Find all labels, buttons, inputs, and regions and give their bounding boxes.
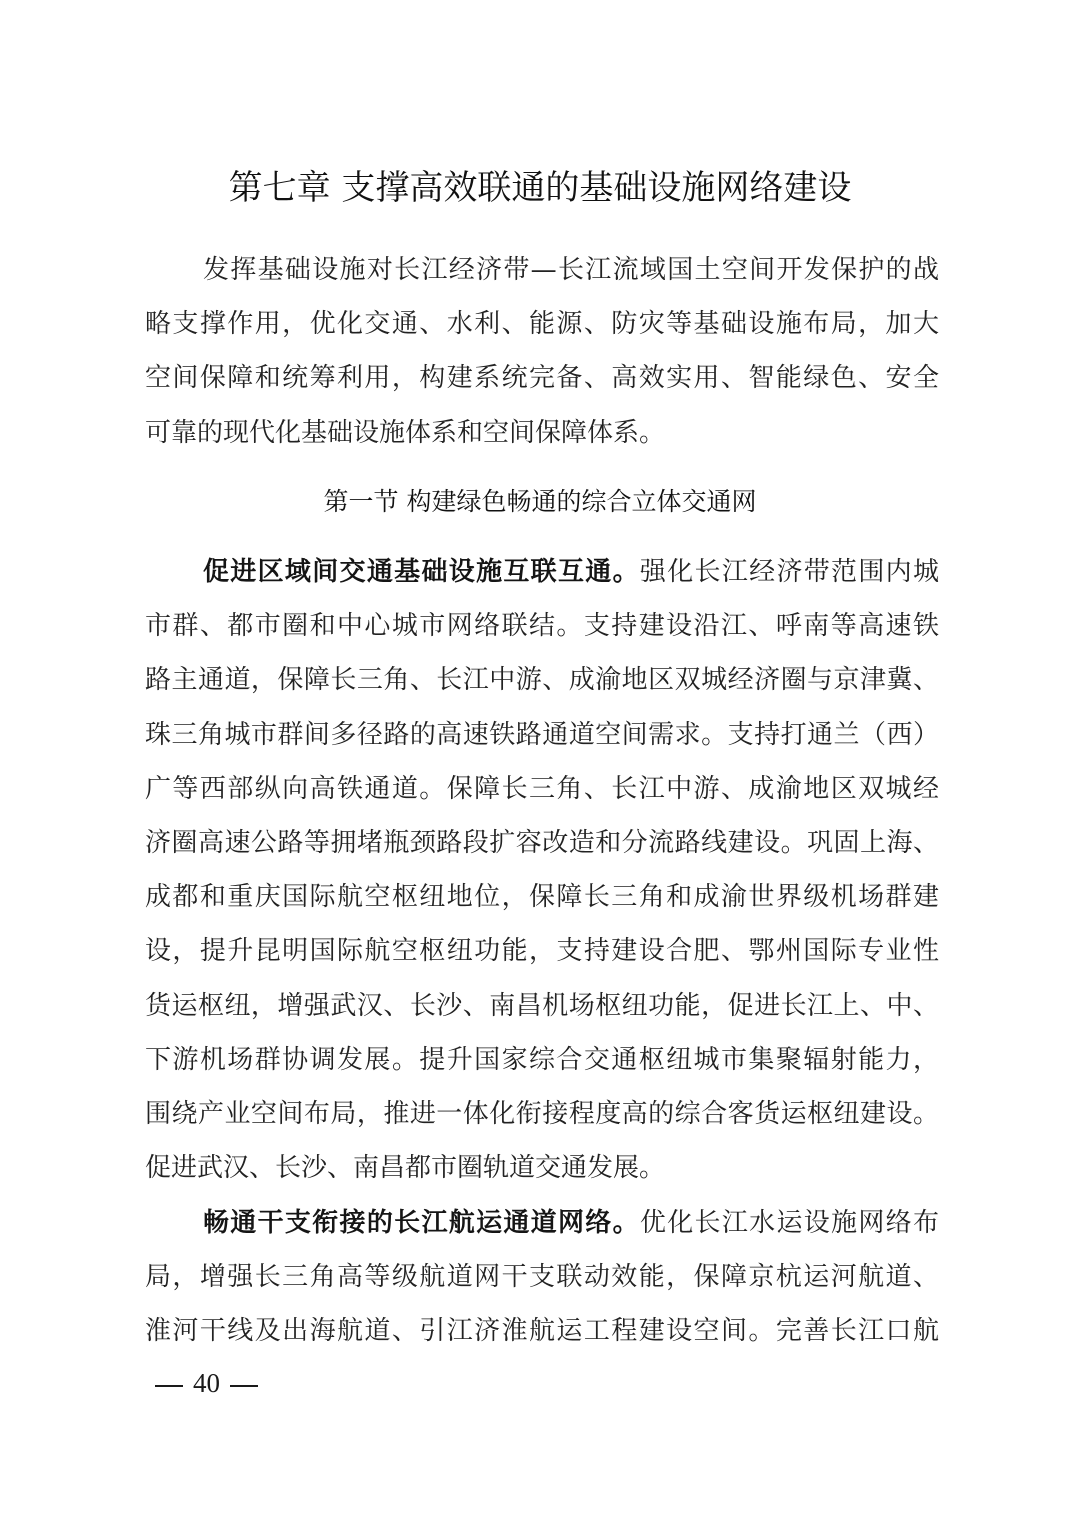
- paragraph-line: 可靠的现代化基础设施体系和空间保障体系。: [145, 406, 939, 460]
- page-number: 40: [193, 1368, 220, 1398]
- paragraph-line: 市群、都市圈和中心城市网络联结。支持建设沿江、呼南等高速铁: [145, 599, 939, 653]
- paragraph-line: 略支撑作用，优化交通、水利、能源、防灾等基础设施布局，加大: [145, 297, 939, 351]
- paragraph-line: 设，提升昆明国际航空枢纽功能，支持建设合肥、鄂州国际专业性: [145, 924, 939, 978]
- paragraph-yangtze-shipping: 畅通干支衔接的长江航运通道网络。优化长江水运设施网络布 局，增强长三角高等级航道…: [145, 1196, 939, 1359]
- paragraph-line: 淮河干线及出海航道、引江济淮航运工程建设空间。完善长江口航: [145, 1304, 939, 1358]
- dash-left-decoration: [155, 1385, 183, 1387]
- document-page: 第七章 支撑高效联通的基础设施网络建设 发挥基础设施对长江经济带—长江流域国土空…: [0, 0, 1080, 1527]
- paragraph-line: 发挥基础设施对长江经济带—长江流域国土空间开发保护的战: [145, 243, 939, 297]
- paragraph-line-text: 优化长江水运设施网络布: [640, 1208, 939, 1238]
- paragraph-line-text: 强化长江经济带范围内城: [640, 557, 939, 587]
- chapter-title: 第七章 支撑高效联通的基础设施网络建设: [0, 163, 1080, 213]
- paragraph-line: 围绕产业空间布局，推进一体化衔接程度高的综合客货运枢纽建设。: [145, 1087, 939, 1141]
- paragraph-line: 局，增强长三角高等级航道网干支联动效能，保障京杭运河航道、: [145, 1250, 939, 1304]
- paragraph-lead-heading: 促进区域间交通基础设施互联互通。: [203, 557, 640, 587]
- paragraph-interregional-transport: 促进区域间交通基础设施互联互通。强化长江经济带范围内城 市群、都市圈和中心城市网…: [145, 545, 939, 1195]
- paragraph-line: 货运枢纽，增强武汉、长沙、南昌机场枢纽功能，促进长江上、中、: [145, 979, 939, 1033]
- paragraph-line: 空间保障和统筹利用，构建系统完备、高效实用、智能绿色、安全: [145, 351, 939, 405]
- page-number-footer: 40: [145, 1363, 268, 1403]
- paragraph-first-line: 促进区域间交通基础设施互联互通。强化长江经济带范围内城: [145, 545, 939, 599]
- paragraph-line: 促进武汉、长沙、南昌都市圈轨道交通发展。: [145, 1141, 939, 1195]
- intro-paragraph: 发挥基础设施对长江经济带—长江流域国土空间开发保护的战 略支撑作用，优化交通、水…: [145, 243, 939, 460]
- paragraph-line: 济圈高速公路等拥堵瓶颈路段扩容改造和分流路线建设。巩固上海、: [145, 816, 939, 870]
- paragraph-line: 路主通道，保障长三角、长江中游、成渝地区双城经济圈与京津冀、: [145, 653, 939, 707]
- paragraph-line: 成都和重庆国际航空枢纽地位，保障长三角和成渝世界级机场群建: [145, 870, 939, 924]
- paragraph-line: 下游机场群协调发展。提升国家综合交通枢纽城市集聚辐射能力，: [145, 1033, 939, 1087]
- paragraph-first-line: 畅通干支衔接的长江航运通道网络。优化长江水运设施网络布: [145, 1196, 939, 1250]
- paragraph-line: 珠三角城市群间多径路的高速铁路通道空间需求。支持打通兰（西）: [145, 708, 939, 762]
- dash-right-decoration: [230, 1385, 258, 1387]
- section-title: 第一节 构建绿色畅通的综合立体交通网: [0, 480, 1080, 524]
- paragraph-line: 广等西部纵向高铁通道。保障长三角、长江中游、成渝地区双城经: [145, 762, 939, 816]
- paragraph-lead-heading: 畅通干支衔接的长江航运通道网络。: [203, 1208, 640, 1238]
